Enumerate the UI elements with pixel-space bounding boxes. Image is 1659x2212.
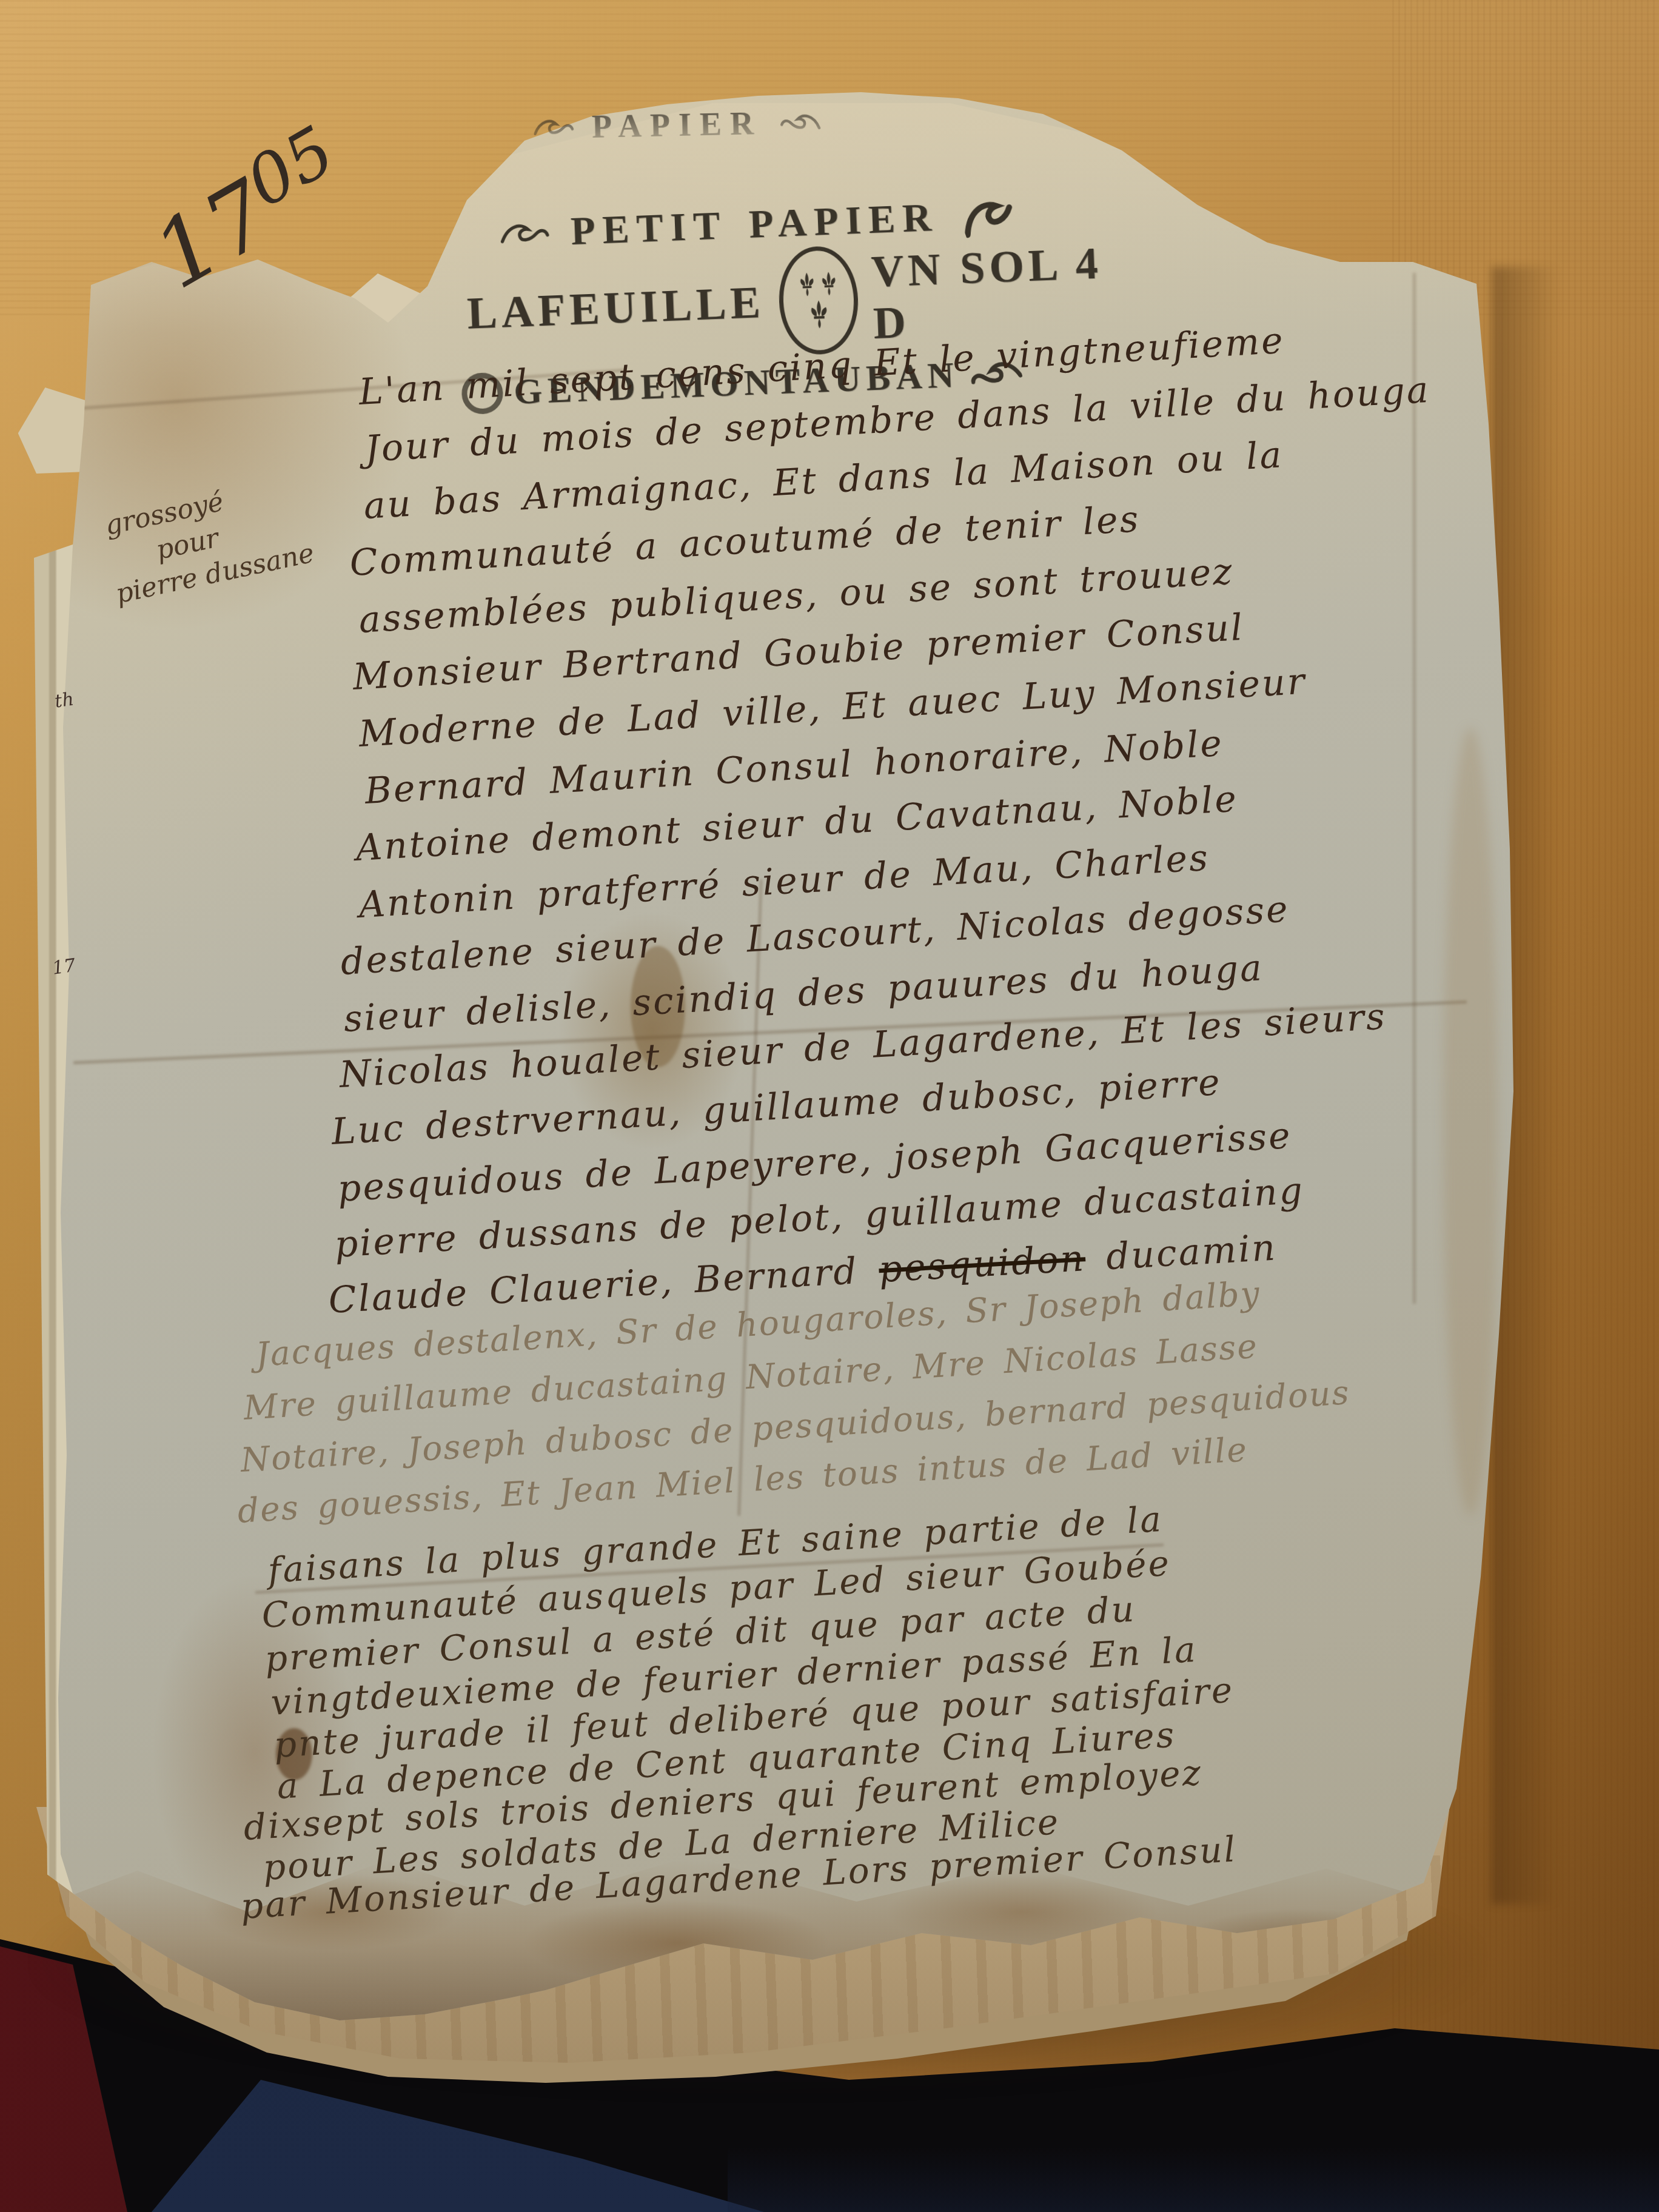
stamp-lafeuille: LAFEUILLE [466, 276, 766, 340]
navy-cloth-wash [728, 2147, 1659, 2212]
fleur-de-lis-icon [808, 298, 831, 330]
flourish-icon [534, 117, 574, 138]
fleur-de-lis-icon [797, 271, 817, 298]
edge-mark: th [53, 689, 75, 712]
partial-stamp-text: PAPIER [591, 104, 762, 146]
stamp-petit: PETIT [570, 203, 728, 255]
flourish-icon [780, 112, 821, 133]
stamp-papier: PAPIER [748, 195, 939, 248]
fold-stain [1443, 728, 1498, 1516]
flourish-icon [500, 220, 550, 247]
fleur-pair [797, 270, 839, 298]
photo-of-1705-manuscript: PAPIER PETIT PAPIER LAFEUILLE VN SOL 4 D… [0, 0, 1659, 2212]
crease-line [1413, 273, 1416, 1304]
flourish-icon [956, 189, 1023, 243]
fleur-de-lis-oval [777, 245, 860, 356]
fleur-de-lis-icon [819, 270, 839, 297]
edge-mark: 17 [51, 955, 77, 979]
